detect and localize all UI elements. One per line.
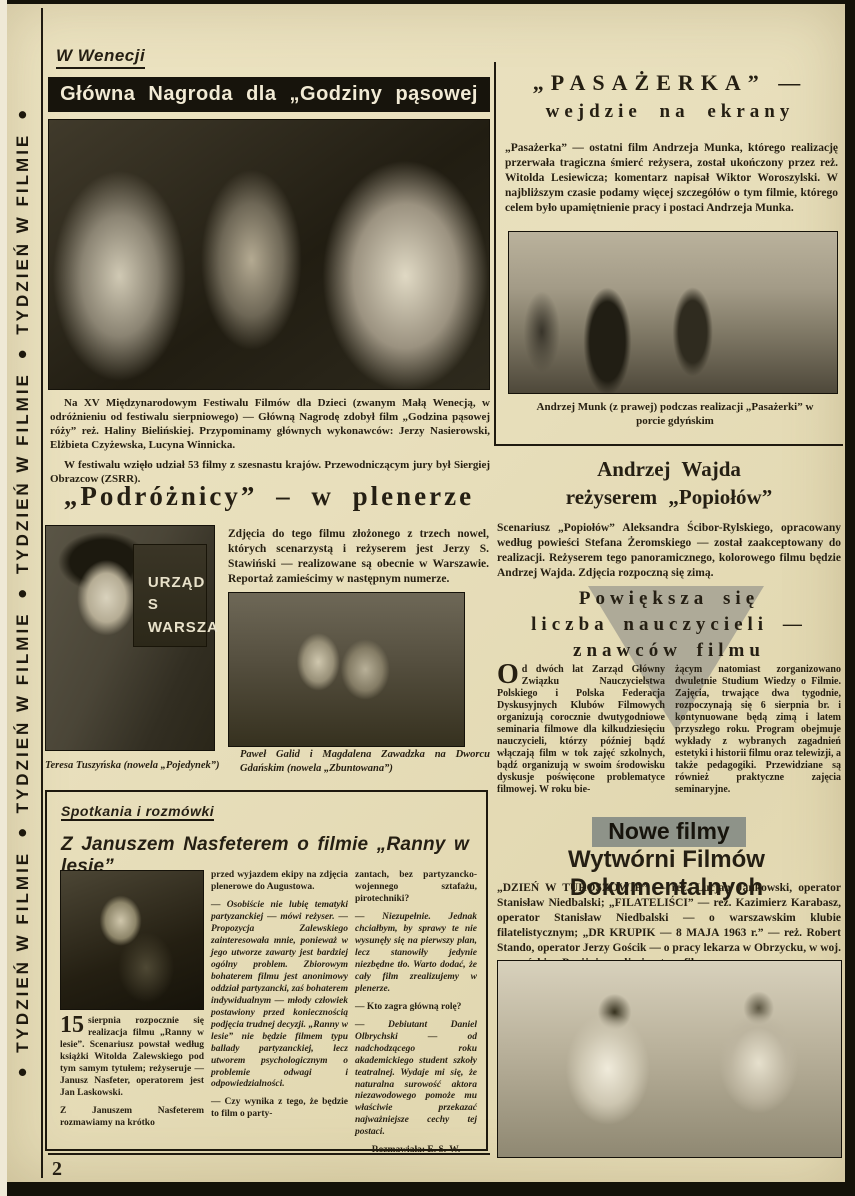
caption-teresa: Teresa Tuszyńska (nowela „Pojedynek”) bbox=[45, 759, 260, 773]
studium-col1: Od dwóch lat Zarząd Główny Związku Naucz… bbox=[497, 664, 665, 796]
caption-festival: Na XV Międzynarodowym Festiwalu Filmów d… bbox=[50, 397, 490, 493]
interview-box: Spotkania i rozmówki Z Januszem Nasfeter… bbox=[45, 790, 488, 1151]
column-divider-rule bbox=[494, 62, 496, 446]
wfd-headline-line1-wrap: Nowe filmy bbox=[496, 817, 842, 847]
interview-col1-p2: Z Januszem Nasfeterem rozmawiamy na krót… bbox=[60, 1106, 204, 1130]
interview-signature: Rozmawiała: E. S.-W. bbox=[355, 1145, 477, 1157]
interview-col2-p3: — Czy wynika z tego, że będzie to film o… bbox=[211, 1097, 348, 1121]
studium-col2: żącym natomiast zorganizowano dwuletnie … bbox=[675, 664, 841, 796]
interview-col2-p1: przed wyjazdem ekipy na zdjęcia plenerow… bbox=[211, 870, 348, 894]
photo-sign-line1: URZĄD S bbox=[148, 574, 206, 614]
interview-col3-p3: — Kto zagra główną rolę? bbox=[355, 1002, 477, 1014]
headline-studium-line2: liczba nauczycieli — bbox=[496, 614, 842, 636]
interview-col3-p2: — Niezupełnie. Jednak chciałbym, by spra… bbox=[355, 912, 477, 996]
headline-studium-line1: Powiększa się bbox=[496, 588, 842, 610]
caption-bench: Paweł Galid i Magdalena Zawadzka na Dwor… bbox=[240, 748, 490, 775]
headline-podroznicy: „Podróżnicy” – w plenerze bbox=[48, 481, 490, 512]
page-number: 2 bbox=[52, 1158, 62, 1181]
section-kicker-spotkania: Spotkania i rozmówki bbox=[61, 803, 214, 821]
studium-col1-text: d dwóch lat Zarząd Główny Związku Nauczy… bbox=[497, 664, 665, 795]
interview-col3-p4: — Debiutant Daniel Olbrychski — od nadch… bbox=[355, 1020, 477, 1140]
podroznicy-intro: Zdjęcia do tego filmu złożonego z trzech… bbox=[228, 527, 489, 587]
photo-dr-krupik-film-still bbox=[497, 960, 842, 1158]
photo-sign-line2: WARSZA bbox=[148, 619, 219, 636]
interview-col1: 15sierpnia rozpocznie się realizacja fil… bbox=[60, 1016, 204, 1136]
headline-wfd-line1: Nowe filmy bbox=[592, 817, 745, 847]
headline-banner-main-prize: Główna Nagroda dla „Godziny pąsowej róży… bbox=[48, 77, 490, 112]
headline-pasazerka-line2: wejdzie na ekrany bbox=[500, 101, 840, 123]
masthead-divider-rule bbox=[41, 8, 43, 1178]
photo-teresa-tuszynska: URZĄD S WARSZA bbox=[45, 525, 215, 751]
dropcap-15: 15 bbox=[60, 1016, 84, 1035]
interview-col3: zantach, bez partyzancko-wojennego sztaf… bbox=[355, 870, 477, 1163]
photo-sign-urzad: URZĄD S WARSZA bbox=[133, 544, 207, 647]
headline-pasazerka-line1: „PASAŻERKA” — bbox=[500, 70, 840, 96]
pasazerka-body: „Pasażerka” — ostatni film Andrzeja Munk… bbox=[505, 141, 838, 216]
interview-col2-p2: — Osobiście nie lubię tematyki partyzanc… bbox=[211, 900, 348, 1092]
dropcap-O: O bbox=[497, 664, 519, 686]
scan-edge bbox=[0, 0, 7, 1196]
photo-festival-film-scene bbox=[48, 119, 490, 390]
magazine-page: ● TYDZIEŃ W FILMIE ● TYDZIEŃ W FILMIE ● … bbox=[0, 0, 855, 1196]
interview-col1-p1: 15sierpnia rozpocznie się realizacja fil… bbox=[60, 1016, 204, 1100]
headline-wajda-line1: Andrzej Wajda bbox=[496, 457, 842, 482]
wfd-body: „DZIEŃ W TUROSZOWIE” — reż. Lucjan Janko… bbox=[497, 881, 841, 971]
pasazerka-bottom-rule bbox=[494, 444, 843, 446]
footer-rule bbox=[48, 1153, 490, 1155]
caption-munk: Andrzej Munk (z prawej) podczas realizac… bbox=[531, 401, 819, 429]
vertical-masthead-text: ● TYDZIEŃ W FILMIE ● TYDZIEŃ W FILMIE ● … bbox=[13, 103, 33, 1083]
caption-festival-p1: Na XV Międzynarodowym Festiwalu Filmów d… bbox=[50, 397, 490, 453]
interview-col3-p1: zantach, bez partyzancko-wojennego sztaf… bbox=[355, 870, 477, 906]
photo-janusz-nasfeter bbox=[60, 870, 204, 1010]
section-kicker-venice: W Wenecji bbox=[56, 46, 145, 69]
headline-studium-line3: znawców filmu bbox=[496, 640, 842, 662]
wajda-body: Scenariusz „Popiołów” Aleksandra Ścibor-… bbox=[497, 521, 841, 581]
headline-wajda-line2: reżyserem „Popiołów” bbox=[496, 485, 842, 510]
photo-andrzej-munk-port bbox=[508, 231, 838, 394]
photo-dworzec-gdanski bbox=[228, 592, 465, 747]
interview-col2: przed wyjazdem ekipy na zdjęcia plenerow… bbox=[211, 870, 348, 1127]
vertical-masthead: ● TYDZIEŃ W FILMIE ● TYDZIEŃ W FILMIE ● … bbox=[7, 6, 39, 1180]
